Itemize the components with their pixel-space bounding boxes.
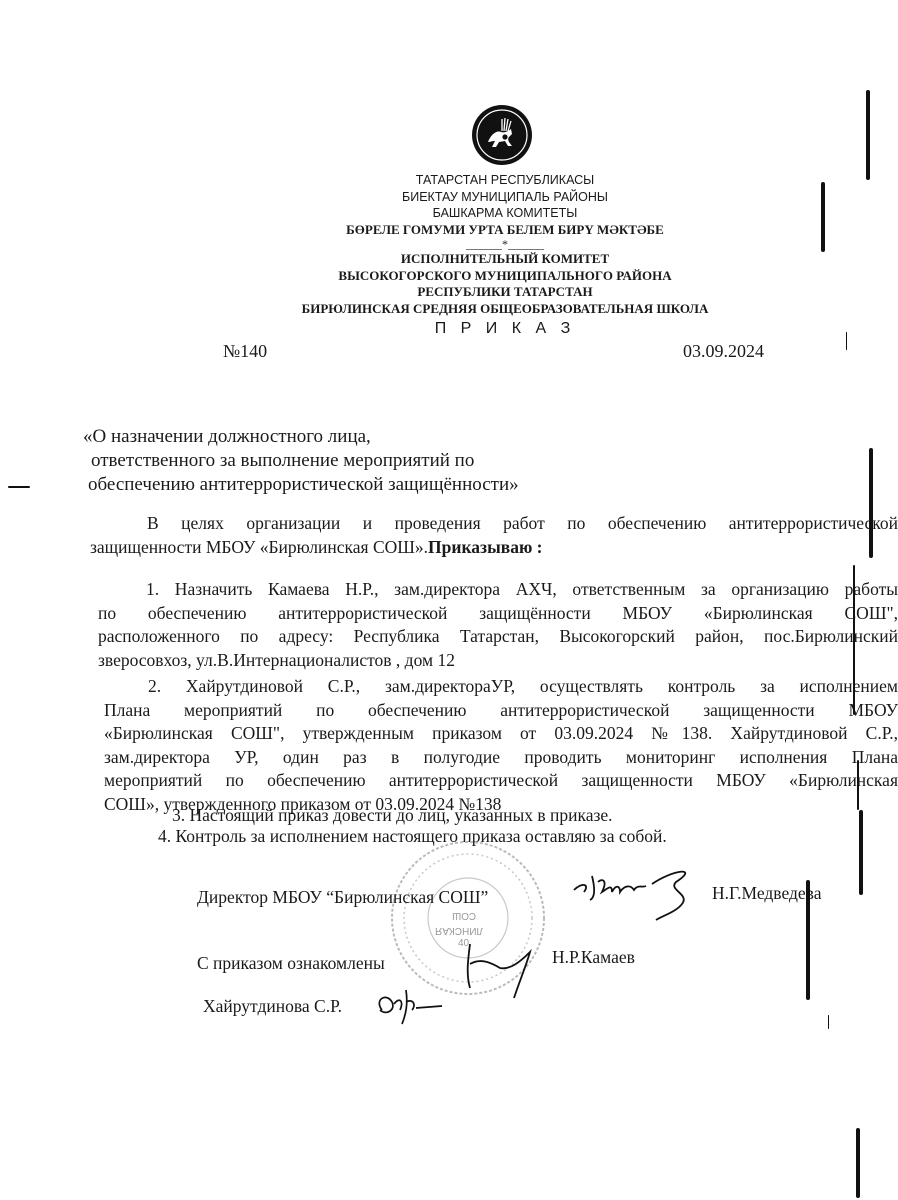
header-separator: ______*______ — [0, 238, 898, 250]
svg-text:СОШ: СОШ — [452, 910, 476, 921]
order-title: «О назначении должностного лица, ответст… — [83, 425, 519, 497]
item2-line-1: 2. Хайрутдиновой С.Р., зам.директораУР, … — [104, 675, 898, 699]
intro-command: Приказываю : — [428, 537, 542, 557]
document-type: П Р И К А З — [0, 320, 898, 338]
acknowledged-name-2: Хайрутдинова С.Р. — [203, 996, 342, 1017]
scan-mark — [859, 810, 863, 895]
header-tatar: ТАТАРСТАН РЕСПУБЛИКАСЫ БИЕКТАУ МУНИЦИПАЛ… — [0, 172, 898, 238]
item2-line-5: мероприятий по обеспечению антитеррорист… — [104, 769, 898, 793]
scan-mark — [869, 448, 873, 558]
scan-mark — [846, 332, 847, 350]
intro-paragraph: В целях организации и проведения работ п… — [90, 512, 898, 559]
intro-line-1: В целях организации и проведения работ п… — [90, 512, 898, 536]
item1-line-3: расположенного по адресу: Республика Тат… — [98, 625, 898, 649]
scan-mark — [857, 760, 859, 810]
tatarstan-coat-of-arms-icon — [471, 104, 533, 166]
item1-line-2: по обеспечению антитеррористической защи… — [98, 602, 898, 626]
svg-text:ЛИНСКАЯ: ЛИНСКАЯ — [435, 925, 483, 936]
header-tatar-line-4: БӨРЕЛЕ ГОМУМИ УРТА БЕЛЕМ БИРҮ МӘКТӘБЕ — [0, 222, 898, 239]
order-number: №140 — [223, 341, 267, 362]
scan-mark — [821, 182, 825, 252]
item2-line-3: «Бирюлинская СОШ", утвержденным приказом… — [104, 722, 898, 746]
item1-line-1: 1. Назначить Камаева Н.Р., зам.директора… — [98, 578, 898, 602]
order-item-1: 1. Назначить Камаева Н.Р., зам.директора… — [98, 578, 898, 672]
title-line-2: ответственного за выполнение мероприятий… — [83, 449, 519, 473]
director-title: Директор МБОУ “Бирюлинская СОШ” — [197, 887, 488, 908]
header-tatar-line-2: БИЕКТАУ МУНИЦИПАЛЬ РАЙОНЫ — [0, 189, 898, 206]
header-tatar-line-3: БАШКАРМА КОМИТЕТЫ — [0, 205, 898, 222]
scan-mark — [8, 486, 30, 488]
order-item-2: 2. Хайрутдиновой С.Р., зам.директораУР, … — [104, 675, 898, 816]
title-line-3: обеспечению антитеррористической защищён… — [83, 473, 519, 497]
scan-mark — [828, 1015, 829, 1029]
header-russian-line-3: РЕСПУБЛИКИ ТАТАРСТАН — [0, 284, 898, 301]
item2-line-4: зам.директора УР, один раз в полугодие п… — [104, 746, 898, 770]
order-date: 03.09.2024 — [683, 341, 764, 362]
scan-mark — [866, 90, 870, 180]
scan-mark — [853, 565, 855, 715]
order-item-3: 3. Настоящий приказ довести до лиц, указ… — [172, 805, 613, 826]
scan-mark — [806, 880, 810, 1000]
director-signature-icon — [572, 862, 702, 927]
header-russian-line-2: ВЫСОКОГОРСКОГО МУНИЦИПАЛЬНОГО РАЙОНА — [0, 268, 898, 285]
header-russian-line-4: БИРЮЛИНСКАЯ СРЕДНЯЯ ОБЩЕОБРАЗОВАТЕЛЬНАЯ … — [0, 301, 898, 318]
header-russian-line-1: ИСПОЛНИТЕЛЬНЫЙ КОМИТЕТ — [0, 251, 898, 268]
header-russian: ИСПОЛНИТЕЛЬНЫЙ КОМИТЕТ ВЫСОКОГОРСКОГО МУ… — [0, 251, 898, 317]
item2-line-2: Плана мероприятий по обеспечению антитер… — [104, 699, 898, 723]
title-line-1: «О назначении должностного лица, — [83, 425, 519, 449]
header-tatar-line-1: ТАТАРСТАН РЕСПУБЛИКАСЫ — [0, 172, 898, 189]
intro-line-2: защищенности МБОУ «Бирюлинская СОШ». — [90, 537, 428, 557]
acknowledged-name-1: Н.Р.Камаев — [552, 947, 635, 968]
item1-line-4: зверосовхоз, ул.В.Интернационалистов , д… — [98, 649, 898, 673]
khairutdinova-signature-icon — [372, 980, 472, 1035]
scan-mark — [856, 1128, 860, 1198]
acknowledged-label: С приказом ознакомлены — [197, 953, 385, 974]
